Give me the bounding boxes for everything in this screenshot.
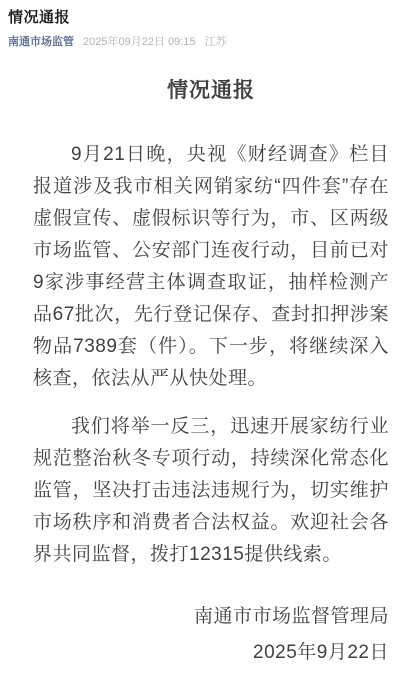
signature-issuer: 南通市市场监督管理局 — [33, 601, 389, 633]
region-label: 江苏 — [205, 35, 227, 50]
signature-date: 2025年9月22日 — [33, 637, 389, 669]
notice-paragraph-1: 9月21日晚，央视《财经调查》栏目报道涉及我市相关网销家纺“四件套”存在虚假宣传… — [33, 139, 389, 395]
notice-paragraph-2: 我们将举一反三，迅速开展家纺行业规范整治秋冬专项行动，持续深化常态化监管，坚决打… — [33, 411, 389, 571]
publish-timestamp: 2025年09月22日 09:15 — [83, 35, 196, 50]
page-title: 情况通报 — [8, 7, 406, 28]
notice-body: 情况通报 9月21日晚，央视《财经调查》栏目报道涉及我市相关网销家纺“四件套”存… — [0, 50, 416, 669]
article-meta: 南通市场监管 2025年09月22日 09:15 江苏 — [8, 35, 406, 50]
article-header: 情况通报 南通市场监管 2025年09月22日 09:15 江苏 — [0, 0, 416, 50]
article-page: 情况通报 南通市场监管 2025年09月22日 09:15 江苏 情况通报 9月… — [0, 0, 416, 679]
signature-block: 南通市市场监督管理局 2025年9月22日 — [33, 601, 389, 669]
account-name-link[interactable]: 南通市场监管 — [8, 35, 74, 50]
notice-title: 情况通报 — [33, 76, 389, 105]
